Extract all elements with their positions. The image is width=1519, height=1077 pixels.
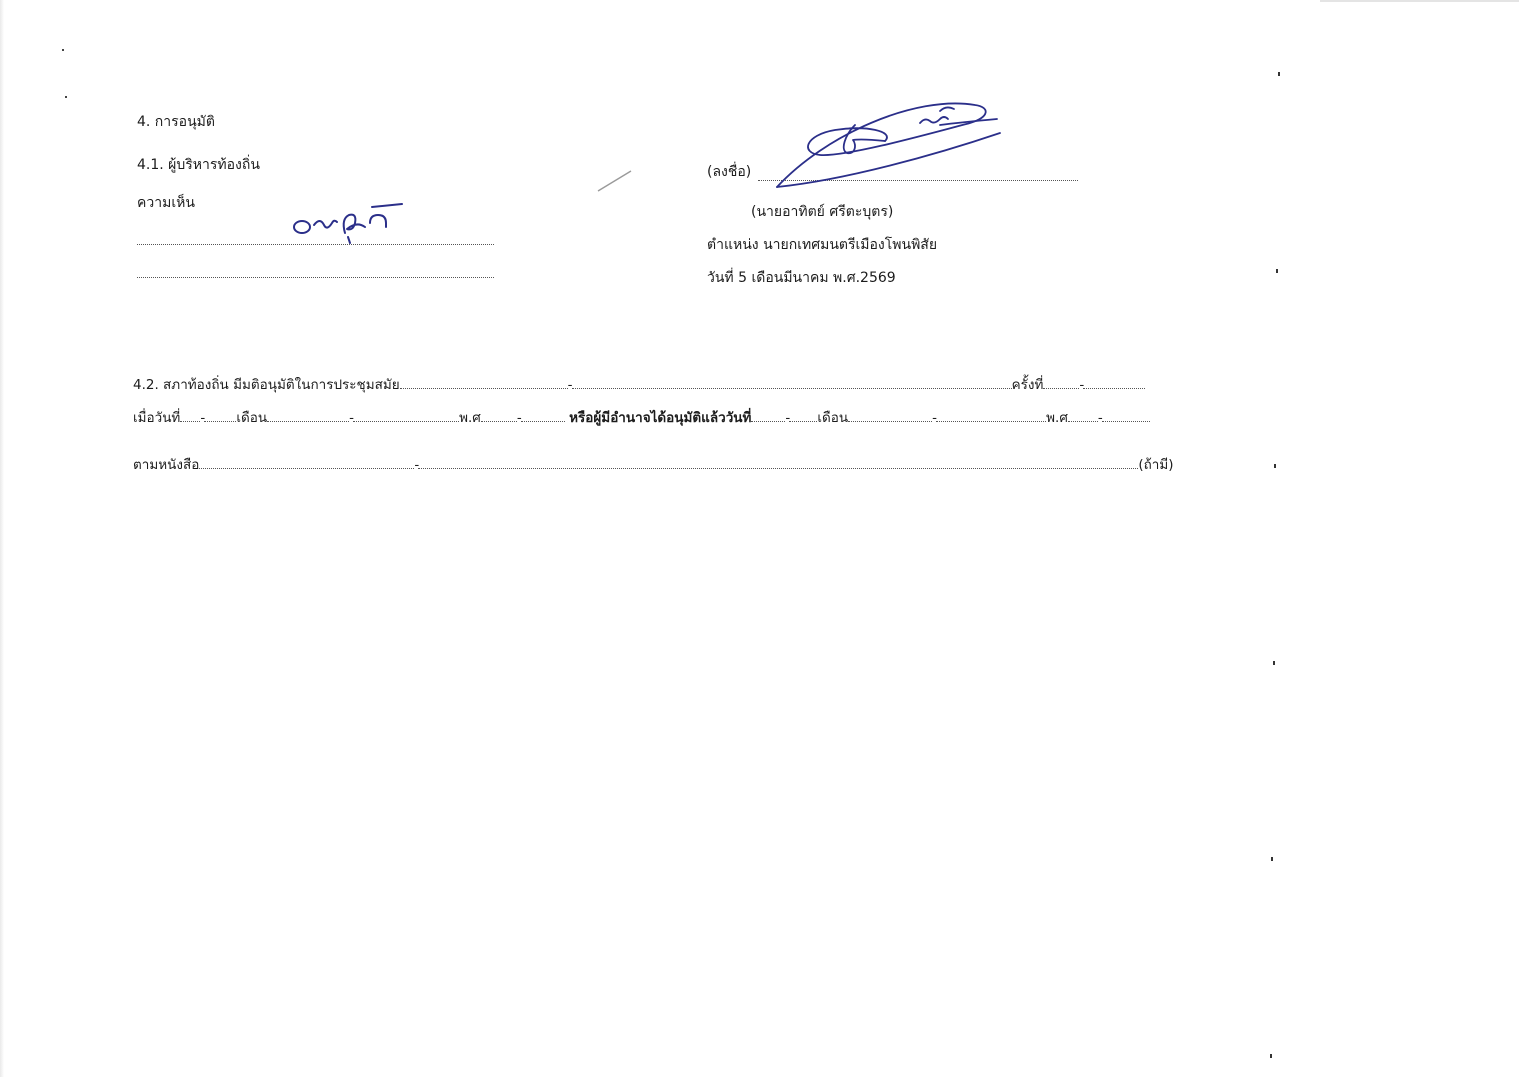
auth-year-field-right [1102,409,1150,422]
margin-mark [1278,72,1280,76]
year-field-left [481,409,517,422]
council-approval-prefix: 4.2. สภาท้องถิ่น มีมติอนุมัติในการประชุม… [133,377,400,393]
handwritten-signature [765,95,1015,195]
page-top-edge [1320,0,1519,2]
signatory-name: (นายอาทิตย์ ศรีตะบุตร) [751,203,893,221]
authority-approval-label: หรือผู้มีอำนาจได้อนุมัติแล้ววันที่ [569,410,751,426]
auth-month-field-right [936,409,1046,422]
year-field-right [521,409,565,422]
count-field-left [1043,376,1079,389]
auth-day-field-left [751,409,785,422]
if-any-suffix: (ถ้ามี) [1138,457,1173,473]
margin-mark [1274,464,1276,468]
sign-label: (ลงชื่อ) [707,163,751,181]
scan-speck [65,96,67,98]
subsection-4-1-title: 4.1. ผู้บริหารท้องถิ่น [137,156,260,174]
opinion-label: ความเห็น [137,194,195,212]
month-label: เดือน [236,410,267,426]
stray-pen-stroke [595,168,635,194]
session-field-left [400,376,568,389]
month-field-right [353,409,459,422]
reference-letter-label: ตามหนังสือ [133,457,199,473]
council-approval-line-1: 4.2. สภาท้องถิ่น มีมติอนุมัติในการประชุม… [133,376,1145,394]
auth-day-field-right [789,409,817,422]
count-field-right [1083,376,1145,389]
margin-mark [1273,661,1275,665]
session-field-right [572,376,1012,389]
council-approval-line-3: ตามหนังสือ-(ถ้ามี) [133,456,1174,474]
opinion-line-2 [137,277,494,278]
position-line: ตำแหน่ง นายกเทศมนตรีเมืองโพนพิสัย [707,236,937,254]
position-value: นายกเทศมนตรีเมืองโพนพิสัย [763,237,937,253]
auth-year-field-left [1068,409,1098,422]
day-label: เมื่อวันที่ [133,410,180,426]
meeting-count-label: ครั้งที่ [1012,377,1044,393]
handwritten-opinion-approved: อนุมัติ [290,195,420,245]
margin-mark [1271,857,1273,861]
day-field-left [180,409,200,422]
position-label: ตำแหน่ง [707,237,759,253]
day-field-right [204,409,236,422]
ref-field-right [418,456,1138,469]
ref-field-left [199,456,414,469]
year-label: พ.ศ [459,410,481,426]
auth-year-label: พ.ศ [1046,410,1068,426]
page-left-edge [0,0,4,1077]
margin-mark [1270,1054,1272,1058]
section-title: 4. การอนุมัติ [137,113,215,131]
scan-speck [62,49,64,51]
month-field-left [267,409,349,422]
margin-mark [1276,269,1278,273]
auth-month-label: เดือน [817,410,848,426]
auth-month-field-left [848,409,932,422]
council-approval-line-2: เมื่อวันที่-เดือน-พ.ศ- หรือผู้มีอำนาจได้… [133,409,1150,427]
signature-date: วันที่ 5 เดือนมีนาคม พ.ศ.2569 [707,269,896,287]
scanned-document-page: 4. การอนุมัติ 4.1. ผู้บริหารท้องถิ่น ควา… [0,0,1519,1077]
